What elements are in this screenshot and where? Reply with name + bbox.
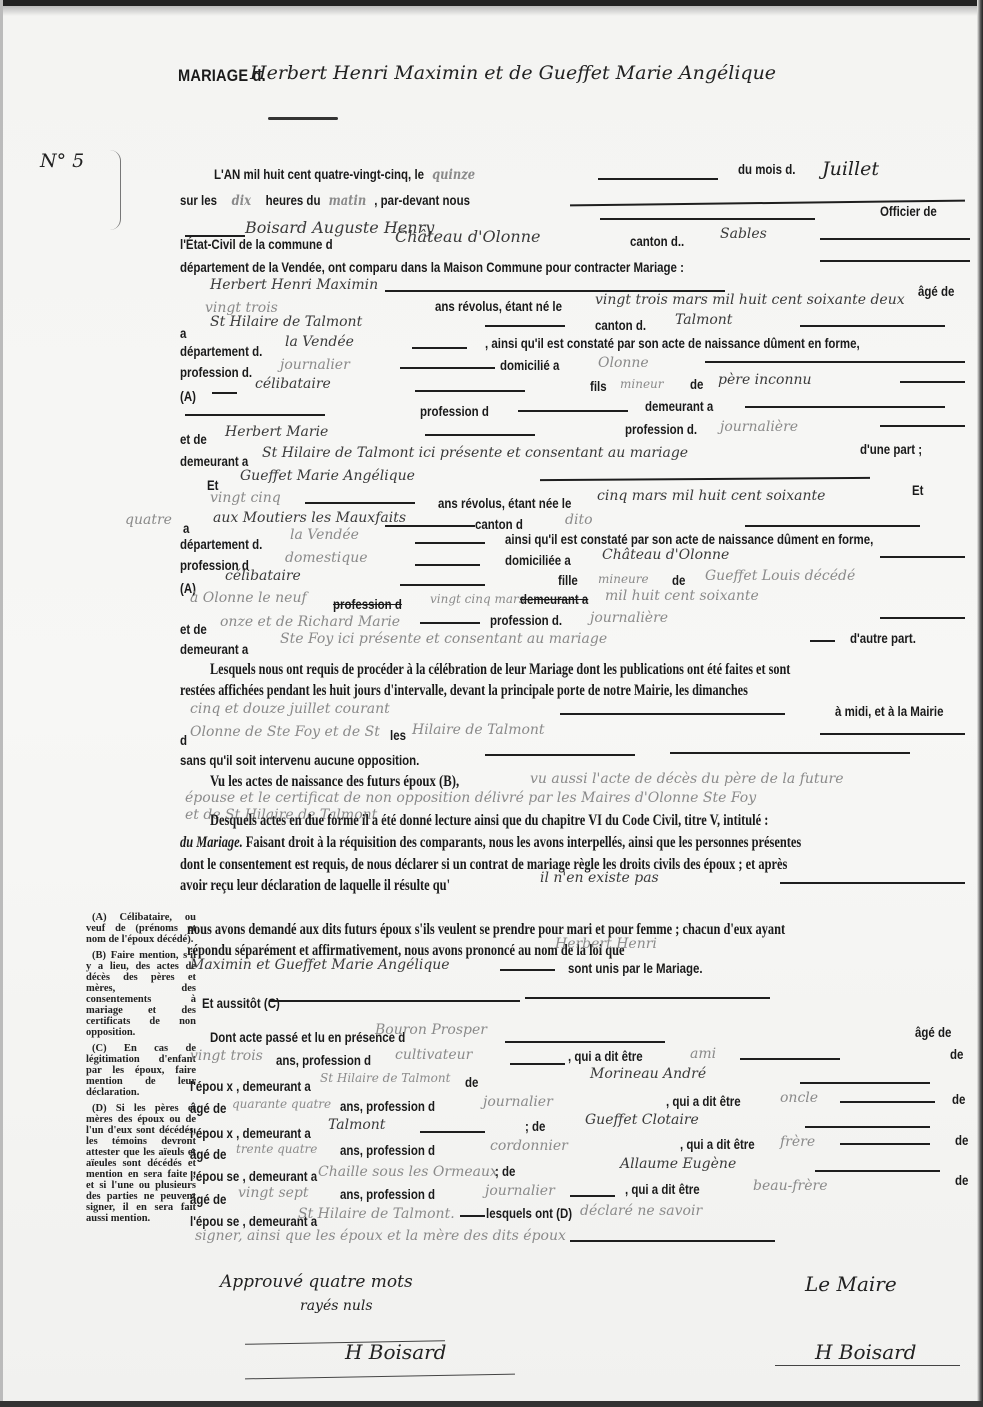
note-b: (B) Faire mention, s'il y a lieu, des ac… (86, 950, 196, 1038)
couple-names: Maximin et Gueffet Marie Angélique (190, 957, 450, 973)
fill-line (420, 1131, 485, 1133)
acts-note-1: vu aussi l'acte de décès du père de la f… (530, 771, 844, 787)
witness-4-name: Allaume Eugène (620, 1156, 736, 1172)
groom-birthplace: St Hilaire de Talmont (210, 314, 362, 330)
contract-result: il n'en existe pas (540, 870, 659, 886)
age-label: âgé de (915, 1024, 951, 1040)
age-label: âgé de (918, 283, 954, 299)
declaration-text: avoir reçu leur déclaration de laquelle … (180, 877, 450, 895)
fill-line (505, 1041, 620, 1043)
fill-line (900, 381, 965, 383)
scan-right-edge (977, 0, 983, 1407)
of-label: de (465, 1074, 478, 1090)
hour-value: dix (232, 193, 251, 209)
line-date: L'AN mil huit cent quatre-vingt-cinq, le… (214, 166, 475, 183)
profession-label: profession d. (490, 612, 562, 628)
canton-label: canton d. (595, 317, 646, 333)
fill-line (620, 1041, 665, 1043)
profession-label: profession d. (180, 364, 252, 380)
fill-line (485, 325, 565, 327)
fill-line (820, 238, 970, 240)
department-label: département d. (180, 343, 262, 359)
printed-text: sur les (180, 192, 217, 208)
residence-label-struck: demeurant a (520, 591, 588, 607)
profession-label: profession d (420, 403, 489, 419)
month-label: du mois d. (738, 161, 795, 177)
time-of-day-value: matin (329, 193, 367, 209)
record-number: N° 5 (40, 150, 84, 172)
mayor-signature: H Boisard (815, 1340, 916, 1364)
title-names: Herbert Henri Maximin et de Gueffet Mari… (250, 62, 776, 84)
witness-3-profession: cordonnier (490, 1138, 568, 1154)
witness-2-name: Morineau André (590, 1066, 706, 1082)
fill-line (810, 640, 835, 642)
consent-question-text: nous avons demandé aux dits futurs époux… (187, 921, 785, 939)
father-death-year: mil huit cent soixante (605, 588, 759, 604)
fill-line (305, 502, 415, 504)
bride-profession: domestique (285, 550, 368, 566)
witness-1-residence: St Hilaire de Talmont (320, 1071, 450, 1085)
bride-birthplace: aux Moutiers les Mauxfaits (213, 510, 406, 526)
witness-4-age: vingt sept (238, 1185, 309, 1201)
no-opposition-text: sans qu'il soit intervenu aucune opposit… (180, 752, 419, 768)
line-commune: l'État-Civil de la commune d (180, 236, 333, 252)
scan-left-edge (0, 0, 3, 1407)
canton-value: Sables (720, 226, 767, 242)
bride-mother: onze et de Richard Marie (220, 614, 400, 630)
groom-profession: journalier (280, 357, 350, 373)
canton-label: canton d (475, 516, 523, 532)
side-notes: (A) Célibataire, ou veuf de (prénoms et … (86, 912, 196, 1229)
daughter-label: fille (558, 572, 578, 588)
groom-mother-profession: journalière (720, 419, 798, 435)
printed-text: L'AN mil huit cent quatre-vingt-cinq, le (214, 166, 424, 182)
of-label: de (955, 1172, 968, 1188)
publication-dates: cinq et douze juillet courant (190, 701, 390, 717)
witness-3-relation: frère (780, 1134, 815, 1150)
fill-line (400, 584, 485, 586)
age-label: âgé de (190, 1191, 226, 1207)
line-hour: sur les dix heures du matin , par-devant… (180, 192, 470, 209)
printed-text: , par-devant nous (374, 192, 470, 208)
printed-text: Faisant droit à la réquisition des compa… (246, 834, 801, 851)
profession-label: profession d. (625, 421, 697, 437)
groom-father: père inconnu (718, 372, 812, 388)
groom-birth-canton: Talmont (675, 312, 732, 328)
birth-acts-text: Vu les actes de naissance des futurs épo… (210, 773, 459, 791)
groom-birthdate: vingt trois mars mil huit cent soixante … (595, 292, 905, 308)
fill-line (425, 434, 535, 436)
profession-label: ans, profession d (340, 1098, 435, 1114)
witness-1-name: Bouron Prosper (375, 1022, 487, 1038)
born-label: ans révolus, étant né le (435, 298, 562, 314)
note-c: (C) En cas de légitimation d'enfant par … (86, 1043, 196, 1098)
publication-communes: Olonne de Ste Foy et de St (190, 724, 380, 740)
and-of-label: et de (180, 431, 207, 447)
commune-value: Château d'Olonne (395, 227, 541, 246)
profession-label: ans, profession d (276, 1052, 371, 1068)
scan-bottom-edge (0, 1401, 983, 1407)
immediately-label: Et aussitôt (C) (202, 995, 280, 1011)
bride-name: Gueffet Marie Angélique (240, 468, 415, 484)
fill-line (820, 733, 965, 735)
chapter-title: du Mariage. (180, 834, 243, 851)
witness-1-profession: cultivateur (395, 1047, 472, 1063)
fill-line (540, 477, 870, 481)
bride-minor: mineure (598, 572, 649, 586)
fill-line (385, 525, 475, 527)
acts-note-2: épouse et le certificat de non oppositio… (185, 790, 756, 806)
of-label: ; de (525, 1118, 545, 1134)
canton-label: canton d.. (630, 233, 684, 249)
fill-line (880, 617, 965, 619)
residence-label: demeurant a (180, 641, 248, 657)
groom-domicile: Olonne (598, 355, 649, 371)
fill-line (820, 260, 970, 262)
witness-2-residence: Talmont (328, 1117, 385, 1133)
domicile-label: domiciliée a (505, 552, 571, 568)
fill-line (560, 713, 785, 715)
the-label: les (390, 727, 406, 743)
age-label: âgé de (190, 1146, 226, 1162)
fill-line (880, 425, 965, 427)
groom-status: célibataire (255, 376, 331, 392)
of-label: de (952, 1091, 965, 1107)
left-signature: H Boisard (345, 1340, 446, 1364)
fill-line (745, 406, 945, 408)
residence-label: demeurant a (180, 453, 248, 469)
profession-label: ans, profession d (340, 1142, 435, 1158)
fill-line (745, 525, 920, 527)
margin-bracket (110, 150, 121, 230)
title-flourish (268, 117, 338, 120)
age-label: âgé de (190, 1100, 226, 1116)
born-label: ans révolus, étant née le (438, 495, 571, 511)
fill-line (570, 1195, 615, 1197)
witness-3-age: trente quatre (236, 1142, 317, 1156)
fill-line (740, 1058, 840, 1060)
day-value: quinze (432, 167, 475, 183)
note-d: (D) Si les pères et mères des époux ou d… (86, 1103, 196, 1224)
witness-2-profession: journalier (483, 1094, 553, 1110)
fill-line (600, 218, 815, 220)
bride-mother-profession: journalière (590, 610, 668, 626)
relation-label: , qui a dit être (568, 1048, 643, 1064)
witness-4-profession: journalier (485, 1183, 555, 1199)
witness-3-residence: Chaille sous les Ormeaux (318, 1164, 498, 1180)
witness-1-age: vingt trois (190, 1048, 263, 1064)
witness-2-relation: oncle (780, 1090, 818, 1106)
bride-age: vingt cinq (210, 490, 281, 506)
and-of-label: et de (180, 621, 207, 637)
department-label: département d. (180, 536, 262, 552)
bride-mother-residence: Ste Foy ici présente et consentant au ma… (280, 631, 607, 647)
signature-underline (775, 1365, 960, 1366)
fill-line (485, 754, 635, 756)
bride-birthdate: cinq mars mil huit cent soixante (597, 488, 825, 504)
fill-line (212, 392, 237, 394)
bride-birth-canton: dito (565, 512, 593, 528)
contract-text: dont le consentement est requis, de nous… (180, 856, 787, 874)
fill-line (840, 1101, 935, 1103)
birth-certificate-text: ainsi qu'il est constaté par son acte de… (505, 531, 873, 547)
of-label: de (950, 1046, 963, 1062)
signing-declaration: déclaré ne savoir (580, 1203, 702, 1219)
fill-line (412, 347, 467, 349)
spouse-residence-label: l'épou se , demeurant a (190, 1168, 317, 1184)
declared-label: lesquels ont (D) (486, 1205, 572, 1221)
margin-insertion: quatre (125, 512, 172, 528)
publication-commune-2: Hilaire de Talmont (412, 722, 545, 738)
fill-line (500, 969, 555, 971)
fill-line (598, 178, 718, 180)
witness-4-relation: beau-frère (753, 1178, 827, 1194)
noon-town-hall-label: à midi, et à la Mairie (835, 703, 943, 719)
fill-line (880, 556, 965, 558)
mayor-label: Le Maire (805, 1272, 897, 1296)
bride-domicile: Château d'Olonne (602, 547, 729, 563)
witness-1-relation: ami (690, 1046, 716, 1062)
note-a: (A) Célibataire, ou veuf de (prénoms et … (86, 912, 196, 945)
spouse-residence-label: l'épou x , demeurant a (190, 1125, 311, 1141)
residence-label: demeurant a (645, 398, 713, 414)
fill-line (800, 325, 945, 327)
fill-line (415, 564, 480, 566)
witness-3-name: Gueffet Clotaire (585, 1112, 699, 1128)
fill-line (840, 1143, 930, 1145)
note-ref-a: (A) (180, 388, 196, 404)
fill-line (800, 1082, 930, 1084)
groom-name-pronounced: Herbert Henri (555, 936, 657, 952)
fill-line (525, 997, 770, 999)
groom-minor: mineur (620, 377, 664, 391)
son-label: fils (590, 378, 607, 394)
groom-department: la Vendée (285, 334, 354, 350)
father-death-place: à Olonne le neuf (190, 590, 307, 606)
fill-line (570, 1240, 775, 1242)
fill-line (420, 622, 480, 624)
scan-top-shade (0, 6, 983, 16)
of-label: d (180, 732, 187, 748)
groom-name: Herbert Henri Maximin (210, 277, 378, 293)
first-party-label: d'une part ; (860, 441, 922, 457)
fill-line (815, 1170, 940, 1172)
fill-line (185, 414, 325, 416)
fill-line (400, 367, 495, 369)
domicile-label: domicilié a (500, 357, 559, 373)
bride-father: Gueffet Louis décédé (705, 568, 855, 584)
age-label: Et (912, 482, 923, 498)
fill-line (780, 882, 965, 884)
of-label: de (955, 1132, 968, 1148)
printed-text: l'État-Civil de la commune d (180, 236, 333, 252)
signing-declaration-cont: signer, ainsi que les époux et la mère d… (195, 1228, 566, 1244)
reading-text: Desquels actes en due forme il a été don… (210, 812, 768, 830)
birth-certificate-text: , ainsi qu'il est constaté par son acte … (485, 335, 860, 351)
approval-note-2: rayés nuls (300, 1298, 373, 1314)
relation-label: , qui a dit être (625, 1181, 700, 1197)
fill-line (270, 1000, 520, 1002)
spouse-residence-label: l'épou x , demeurant a (190, 1078, 311, 1094)
witness-2-age: quarante quatre (232, 1097, 331, 1111)
officer-label: Officier de (880, 203, 937, 219)
month-value: Juillet (822, 158, 879, 180)
approval-note: Approuvé quatre mots (220, 1272, 413, 1292)
fill-line (415, 542, 485, 544)
birthplace-prefix: a (183, 520, 189, 536)
birthplace-prefix: a (180, 325, 186, 341)
line-department: département de la Vendée, ont comparu da… (180, 259, 684, 275)
publication-text-1: Lesquels nous ont requis de procéder à l… (210, 661, 790, 679)
witness-4-residence: St Hilaire de Talmont. (298, 1206, 455, 1222)
bride-status: célibataire (225, 568, 301, 584)
of-label: ; de (495, 1163, 515, 1179)
of-label: de (690, 376, 703, 392)
father-death-date: vingt cinq mars (430, 592, 525, 606)
profession-label: ans, profession d (340, 1186, 435, 1202)
relation-label: , qui a dit être (666, 1093, 741, 1109)
groom-mother: Herbert Marie (225, 424, 328, 440)
of-label: de (672, 572, 685, 588)
fill-line (518, 410, 628, 412)
groom-mother-residence: St Hilaire de Talmont ici présente et co… (262, 445, 688, 461)
fill-line (670, 752, 910, 754)
fill-line (415, 390, 525, 392)
signature-underline (245, 1374, 515, 1380)
fill-line (805, 1126, 930, 1128)
relation-label: , qui a dit être (680, 1136, 755, 1152)
bride-department: la Vendée (290, 527, 359, 543)
fill-line (510, 1063, 565, 1065)
publication-text-2: restées affichées pendant les huit jours… (180, 682, 748, 700)
fill-line (705, 361, 965, 363)
second-party-label: d'autre part. (850, 630, 916, 646)
united-label: sont unis par le Mariage. (568, 960, 703, 976)
interpellation-text: du Mariage. Faisant droit à la réquisiti… (180, 834, 801, 852)
profession-label-struck: profession d (333, 596, 402, 612)
fill-line (460, 1215, 485, 1217)
marriage-record-page: MARIAGE d. Herbert Henri Maximin et de G… (0, 0, 983, 1407)
printed-text: heures du (266, 192, 321, 208)
